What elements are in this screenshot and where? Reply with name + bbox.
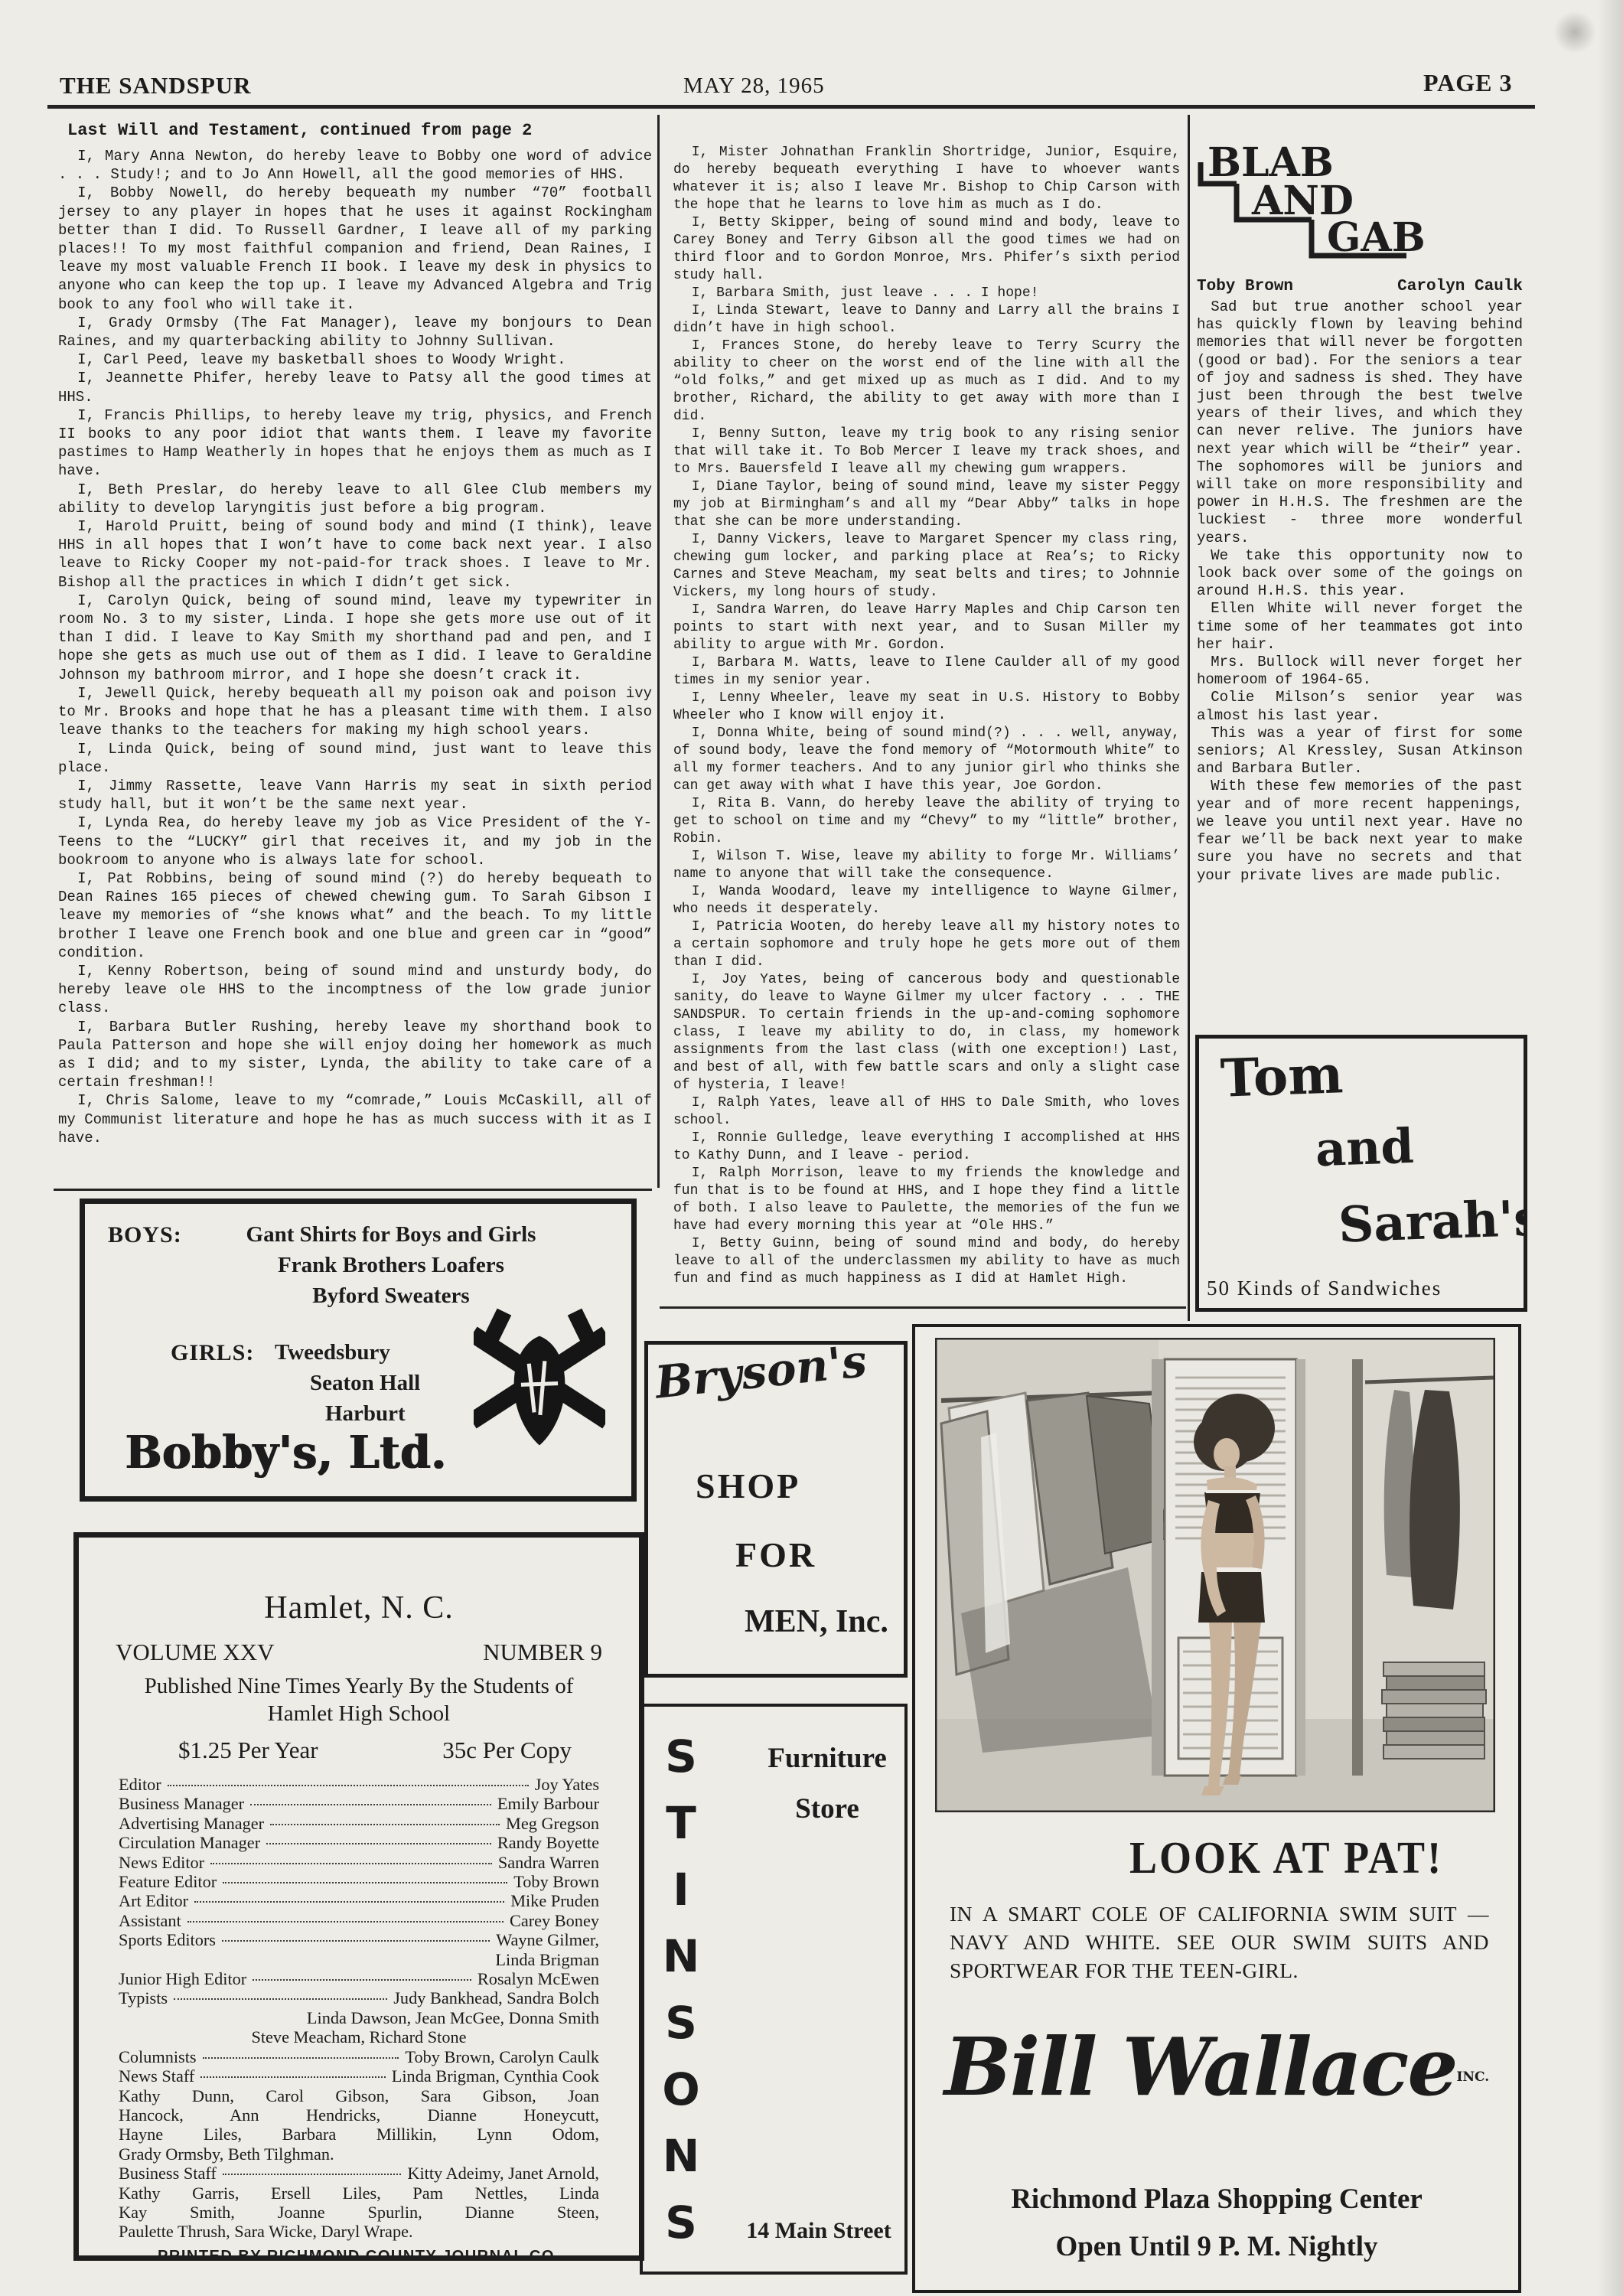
will-paragraph: I, Danny Vickers, leave to Margaret Spen… bbox=[673, 531, 1180, 602]
staff-role: Editor bbox=[119, 1775, 161, 1794]
hours-line: Open Until 9 P. M. Nightly bbox=[915, 2230, 1518, 2263]
staff-role: Business Staff bbox=[119, 2164, 217, 2183]
vertical-letter: N bbox=[657, 2123, 706, 2190]
will-paragraph: I, Linda Stewart, leave to Danny and Lar… bbox=[673, 302, 1180, 338]
vertical-letter: O bbox=[657, 2056, 706, 2123]
ad-item: Frank Brothers Loafers bbox=[220, 1250, 562, 1280]
ad-line: MEN, Inc. bbox=[745, 1603, 888, 1640]
dotted-leader bbox=[187, 1921, 504, 1923]
staff-names: Linda Brigman, Cynthia Cook bbox=[392, 2066, 599, 2086]
ad-line: SHOP bbox=[696, 1466, 800, 1506]
dotted-leader bbox=[210, 1863, 492, 1864]
blab-byline: Toby Brown Carolyn Caulk bbox=[1197, 278, 1523, 295]
stinsons-vertical-name: STINSONS bbox=[657, 1724, 706, 2256]
staff-row: Advertising ManagerMeg Gregson bbox=[119, 1814, 599, 1833]
staff-role: Advertising Manager bbox=[119, 1814, 264, 1833]
price-per-year: $1.25 Per Year bbox=[178, 1737, 318, 1764]
dotted-leader bbox=[194, 1901, 504, 1903]
scan-smudge bbox=[1553, 11, 1596, 54]
staff-names: Judy Bankhead, Sandra Bolch bbox=[393, 1988, 599, 2007]
issue-date: MAY 28, 1965 bbox=[683, 73, 825, 99]
staff-names: Mike Pruden bbox=[510, 1891, 599, 1910]
look-at-pat-headline: LOOK AT PAT! bbox=[1129, 1831, 1443, 1883]
scan-edge-shade bbox=[1598, 0, 1623, 2296]
stinsons-ad: STINSONS Furniture Store 14 Main Street bbox=[640, 1704, 908, 2275]
staff-row: Circulation ManagerRandy Boyette bbox=[119, 1833, 599, 1852]
dotted-leader bbox=[168, 1785, 529, 1786]
staff-role: Assistant bbox=[119, 1911, 181, 1930]
staff-role: Typists bbox=[119, 1988, 168, 2007]
will-paragraph: I, Wilson T. Wise, leave my ability to f… bbox=[673, 848, 1180, 883]
masthead-box: Hamlet, N. C. VOLUME XXV NUMBER 9 Publis… bbox=[73, 1532, 644, 2261]
paper-title: THE SANDSPUR bbox=[60, 72, 252, 99]
columnist-name: Carolyn Caulk bbox=[1397, 278, 1523, 295]
staff-continuation: Grady Ormsby, Beth Tilghman. bbox=[119, 2144, 599, 2164]
ad-word: Sarah's bbox=[1338, 1189, 1527, 1254]
tom-and-sarahs-ad: Tom and Sarah's 50 Kinds of Sandwiches bbox=[1195, 1035, 1527, 1312]
inc-suffix: INC. bbox=[1457, 2069, 1490, 2085]
staff-names: Kitty Adeimy, Janet Arnold, bbox=[407, 2164, 599, 2183]
staff-names: Emily Barbour bbox=[497, 1794, 599, 1813]
will-paragraph: I, Lenny Wheeler, leave my seat in U.S. … bbox=[673, 690, 1180, 725]
pat-photo bbox=[935, 1338, 1495, 1812]
will-paragraph: I, Ralph Morrison, leave to my friends t… bbox=[673, 1165, 1180, 1235]
column-divider-right bbox=[1188, 115, 1190, 1321]
ad-copy: IN A SMART COLE OF CALIFORNIA SWIM SUIT … bbox=[950, 1900, 1489, 1985]
price-per-copy: 35c Per Copy bbox=[442, 1737, 572, 1764]
crest-icon bbox=[474, 1294, 605, 1469]
bill-wallace-ad: LOOK AT PAT! IN A SMART COLE OF CALIFORN… bbox=[912, 1324, 1521, 2293]
header-rule bbox=[47, 105, 1535, 109]
printer-credit: PRINTED BY RICHMOND COUNTY JOURNAL CO. bbox=[111, 2248, 607, 2261]
brysons-ad: Bryson's SHOP FOR MEN, Inc. bbox=[644, 1341, 908, 1678]
will-paragraph: I, Wanda Woodard, leave my intelligence … bbox=[673, 883, 1180, 918]
will-paragraph: This was a year of first for some senior… bbox=[1197, 725, 1523, 778]
gab-word: GAB bbox=[1327, 214, 1426, 261]
shopping-center-line: Richmond Plaza Shopping Center bbox=[915, 2183, 1518, 2216]
will-paragraph: I, Carolyn Quick, being of sound mind, l… bbox=[58, 592, 652, 684]
blab-and-gab-column: BLAB AND GAB Toby Brown Carolyn Caulk Sa… bbox=[1197, 139, 1523, 885]
vertical-letter: S bbox=[657, 1990, 706, 2056]
will-paragraph: I, Ralph Yates, leave all of HHS to Dale… bbox=[673, 1094, 1180, 1130]
ad-line: Store bbox=[756, 1792, 898, 1825]
bobbys-store-name: Bobby's, Ltd. bbox=[125, 1426, 446, 1479]
will-paragraph: I, Donna White, being of sound mind(?) .… bbox=[673, 725, 1180, 795]
column-divider-left bbox=[657, 115, 660, 1188]
will-paragraph: I, Barbara Butler Rushing, hereby leave … bbox=[58, 1018, 652, 1092]
staff-role: News Staff bbox=[119, 2066, 194, 2086]
staff-continuation: Linda Brigman bbox=[119, 1950, 599, 1969]
dotted-leader bbox=[174, 1998, 387, 2000]
middle-column-end-rule bbox=[660, 1306, 1186, 1309]
staff-role: Circulation Manager bbox=[119, 1833, 260, 1852]
girls-item-list: TweedsburySeaton HallHarburt bbox=[275, 1337, 504, 1429]
will-paragraph: I, Benny Sutton, leave my trig book to a… bbox=[673, 426, 1180, 478]
will-paragraph: I, Barbara Smith, just leave . . . I hop… bbox=[673, 285, 1180, 302]
ad-tagline: 50 Kinds of Sandwiches bbox=[1207, 1277, 1442, 1300]
staff-continuation: Kathy Garris, Ersell Liles, Pam Nettles,… bbox=[119, 2183, 599, 2203]
bill-wallace-store-name: Bill WallaceINC. bbox=[915, 2020, 1518, 2114]
will-paragraph: I, Francis Phillips, to hereby leave my … bbox=[58, 406, 652, 481]
will-paragraph: I, Betty Skipper, being of sound mind an… bbox=[673, 214, 1180, 285]
dotted-leader bbox=[203, 2057, 399, 2059]
newspaper-page: THE SANDSPUR MAY 28, 1965 PAGE 3 Last Wi… bbox=[0, 0, 1623, 2296]
staff-names: Toby Brown, Carolyn Caulk bbox=[405, 2047, 599, 2066]
will-column-left: I, Mary Anna Newton, do hereby leave to … bbox=[58, 147, 652, 1147]
girls-label: GIRLS: bbox=[171, 1340, 254, 1366]
blab-paragraphs: Sad but true another school year has qui… bbox=[1197, 298, 1523, 885]
staff-continuation: Linda Dawson, Jean McGee, Donna Smith bbox=[119, 2008, 599, 2027]
brysons-store-name: Bryson's bbox=[653, 1341, 869, 1409]
staff-row: AssistantCarey Boney bbox=[119, 1911, 599, 1930]
staff-row: Feature EditorToby Brown bbox=[119, 1872, 599, 1891]
staff-continuation: Kathy Dunn, Carol Gibson, Sara Gibson, J… bbox=[119, 2086, 599, 2105]
will-paragraph: I, Harold Pruitt, being of sound body an… bbox=[58, 517, 652, 592]
staff-row: Art EditorMike Pruden bbox=[119, 1891, 599, 1910]
will-paragraph: I, Ronnie Gulledge, leave everything I a… bbox=[673, 1130, 1180, 1165]
masthead-staff: EditorJoy YatesBusiness ManagerEmily Bar… bbox=[111, 1775, 607, 2242]
store-name-script: Bill Wallace bbox=[944, 2020, 1457, 2114]
will-paragraph: I, Frances Stone, do hereby leave to Ter… bbox=[673, 338, 1180, 426]
number-label: NUMBER 9 bbox=[483, 1639, 602, 1666]
will-paragraph: I, Beth Preslar, do hereby leave to all … bbox=[58, 481, 652, 517]
will-column-middle: I, Mister Johnathan Franklin Shortridge,… bbox=[673, 144, 1180, 1288]
continuation-note: Last Will and Testament, continued from … bbox=[67, 121, 532, 140]
staff-role: Columnists bbox=[119, 2047, 197, 2066]
staff-role: Business Manager bbox=[119, 1794, 244, 1813]
staff-row: Business ManagerEmily Barbour bbox=[119, 1794, 599, 1813]
bobbys-ltd-ad: BOYS: Gant Shirts for Boys and GirlsFran… bbox=[80, 1199, 637, 1502]
vertical-letter: I bbox=[657, 1857, 706, 1923]
staff-continuation: Kay Smith, Joanne Spurlin, Dianne Steen, bbox=[119, 2203, 599, 2222]
will-paragraph: I, Rita B. Vann, do hereby leave the abi… bbox=[673, 795, 1180, 848]
dotted-leader bbox=[200, 2076, 385, 2078]
will-paragraph: I, Betty Guinn, being of sound mind and … bbox=[673, 1235, 1180, 1288]
will-paragraph: I, Grady Ormsby (The Fat Manager), leave… bbox=[58, 314, 652, 351]
dotted-leader bbox=[253, 1979, 471, 1981]
will-paragraph: I, Mary Anna Newton, do hereby leave to … bbox=[58, 147, 652, 184]
staff-names: Meg Gregson bbox=[506, 1814, 599, 1833]
will-paragraph: I, Pat Robbins, being of sound mind (?) … bbox=[58, 869, 652, 962]
boys-label: BOYS: bbox=[108, 1222, 182, 1248]
will-paragraph: Colie Milson’s senior year was almost hi… bbox=[1197, 689, 1523, 724]
will-paragraph: I, Patricia Wooten, do hereby leave all … bbox=[673, 918, 1180, 971]
will-paragraph: I, Mister Johnathan Franklin Shortridge,… bbox=[673, 144, 1180, 214]
ad-line: FOR bbox=[735, 1534, 816, 1575]
will-paragraph: I, Jewell Quick, hereby bequeath all my … bbox=[58, 684, 652, 740]
staff-names: Joy Yates bbox=[535, 1775, 599, 1794]
will-paragraph: I, Barbara M. Watts, leave to Ilene Caul… bbox=[673, 654, 1180, 690]
volume-row: VOLUME XXV NUMBER 9 bbox=[111, 1639, 607, 1666]
dotted-leader bbox=[223, 1882, 507, 1883]
staff-row: ColumnistsToby Brown, Carolyn Caulk bbox=[119, 2047, 599, 2066]
ad-item: Tweedsbury bbox=[275, 1337, 504, 1368]
page-number: PAGE 3 bbox=[1423, 69, 1513, 97]
staff-row: News EditorSandra Warren bbox=[119, 1853, 599, 1872]
will-paragraph: I, Lynda Rea, do hereby leave my job as … bbox=[58, 814, 652, 869]
will-paragraph: I, Jimmy Rassette, leave Vann Harris my … bbox=[58, 777, 652, 814]
will-paragraph: Mrs. Bullock will never forget her homer… bbox=[1197, 654, 1523, 689]
left-column-end-rule bbox=[54, 1189, 652, 1191]
published-note: Published Nine Times Yearly By the Stude… bbox=[111, 1672, 607, 1727]
will-paragraph: I, Joy Yates, being of cancerous body an… bbox=[673, 971, 1180, 1094]
will-paragraph: I, Jeannette Phifer, hereby leave to Pat… bbox=[58, 369, 652, 406]
will-paragraph: I, Linda Quick, being of sound mind, jus… bbox=[58, 740, 652, 777]
staff-names: Rosalyn McEwen bbox=[477, 1969, 599, 1988]
will-paragraph: With these few memories of the past year… bbox=[1197, 778, 1523, 884]
will-paragraph: I, Carl Peed, leave my basketball shoes … bbox=[58, 351, 652, 369]
staff-names: Wayne Gilmer, bbox=[496, 1930, 599, 1949]
ad-item: Gant Shirts for Boys and Girls bbox=[220, 1219, 562, 1250]
will-paragraph: I, Chris Salome, leave to my “comrade,” … bbox=[58, 1091, 652, 1147]
price-row: $1.25 Per Year 35c Per Copy bbox=[111, 1737, 607, 1764]
published-line: Hamlet High School bbox=[111, 1700, 607, 1727]
staff-role: Sports Editors bbox=[119, 1930, 216, 1949]
staff-names: Carey Boney bbox=[510, 1911, 599, 1930]
staff-row: EditorJoy Yates bbox=[119, 1775, 599, 1794]
ad-line: Furniture bbox=[756, 1742, 898, 1775]
stinsons-address: 14 Main Street bbox=[741, 2218, 897, 2244]
vertical-letter: S bbox=[657, 2190, 706, 2256]
dotted-leader bbox=[222, 1940, 490, 1942]
staff-continuation: Hancock, Ann Hendricks, Dianne Honeycutt… bbox=[119, 2105, 599, 2125]
dotted-leader bbox=[250, 1804, 491, 1805]
ad-word: and bbox=[1315, 1118, 1415, 1177]
staff-row: Sports EditorsWayne Gilmer, bbox=[119, 1930, 599, 1949]
staff-role: News Editor bbox=[119, 1853, 204, 1872]
staff-names: Randy Boyette bbox=[497, 1833, 599, 1852]
published-line: Published Nine Times Yearly By the Stude… bbox=[111, 1672, 607, 1700]
dotted-leader bbox=[270, 1824, 500, 1825]
staff-role: Feature Editor bbox=[119, 1872, 217, 1891]
vertical-letter: S bbox=[657, 1724, 706, 1790]
vertical-letter: T bbox=[657, 1790, 706, 1857]
staff-row: Junior High EditorRosalyn McEwen bbox=[119, 1969, 599, 1988]
will-paragraph: Ellen White will never forget the time s… bbox=[1197, 600, 1523, 654]
dotted-leader bbox=[223, 2174, 402, 2175]
blab-and-gab-headline: BLAB AND GAB bbox=[1197, 139, 1523, 269]
staff-row: Business StaffKitty Adeimy, Janet Arnold… bbox=[119, 2164, 599, 2183]
will-paragraph: We take this opportunity now to look bac… bbox=[1197, 547, 1523, 601]
will-paragraph: I, Kenny Robertson, being of sound mind … bbox=[58, 962, 652, 1018]
volume-label: VOLUME XXV bbox=[116, 1639, 275, 1666]
staff-row: News StaffLinda Brigman, Cynthia Cook bbox=[119, 2066, 599, 2086]
staff-continuation: Hayne Liles, Barbara Millikin, Lynn Odom… bbox=[119, 2125, 599, 2144]
dotted-leader bbox=[266, 1843, 491, 1844]
staff-row: TypistsJudy Bankhead, Sandra Bolch bbox=[119, 1988, 599, 2007]
staff-continuation: Steve Meacham, Richard Stone bbox=[119, 2027, 622, 2047]
staff-continuation: Paulette Thrush, Sara Wicke, Daryl Wrape… bbox=[119, 2222, 599, 2241]
ad-word: Tom bbox=[1220, 1044, 1344, 1110]
will-paragraph: I, Sandra Warren, do leave Harry Maples … bbox=[673, 602, 1180, 654]
staff-role: Art Editor bbox=[119, 1891, 188, 1910]
will-paragraph: I, Diane Taylor, being of sound mind, le… bbox=[673, 478, 1180, 531]
masthead-city: Hamlet, N. C. bbox=[111, 1590, 607, 1626]
vertical-letter: N bbox=[657, 1923, 706, 1990]
columnist-name: Toby Brown bbox=[1197, 278, 1293, 295]
staff-names: Sandra Warren bbox=[498, 1853, 599, 1872]
staff-role: Junior High Editor bbox=[119, 1969, 246, 1988]
will-paragraph: Sad but true another school year has qui… bbox=[1197, 298, 1523, 547]
will-paragraph: I, Bobby Nowell, do hereby bequeath my n… bbox=[58, 184, 652, 313]
staff-names: Toby Brown bbox=[513, 1872, 599, 1891]
